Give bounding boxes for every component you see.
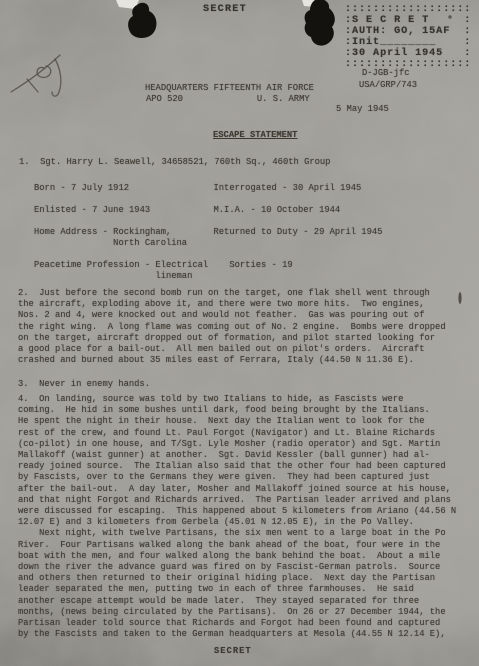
classification-stamp: :::::::::::::::::: :S E C R E T : :AUTH:… (345, 4, 471, 70)
pencil-scribble (4, 28, 84, 108)
paper-speck (458, 292, 461, 304)
file-reference: USA/GRP/743 (359, 80, 417, 91)
classification-footer: SECRET (214, 646, 252, 657)
paragraph-4: 4. On landing, source was told by two It… (18, 394, 456, 640)
paragraph-3: 3. Never in enemy hands. (18, 379, 150, 390)
torn-paper-notch-left (116, 0, 139, 9)
paragraph-2: 2. Just before the second bomb run on th… (18, 288, 446, 366)
document-title: ESCAPE STATEMENT (213, 130, 297, 141)
document-date: 5 May 1945 (336, 104, 389, 115)
torn-paper-notch-right (302, 0, 319, 7)
hq-title: HEADQUARTERS FIFTEENTH AIR FORCE (145, 83, 314, 94)
ink-blot-left (128, 3, 156, 38)
classification-header: SECRET (203, 4, 247, 15)
ink-blot-right (305, 0, 335, 46)
scanned-document-page: SECRET :::::::::::::::::: :S E C R E T :… (0, 0, 479, 666)
subject-line: 1. Sgt. Harry L. Seawell, 34658521, 760t… (19, 157, 330, 168)
office-symbol: D-JGB-jfc (362, 68, 410, 79)
service-info-block: Born - 7 July 1912 Interrogated - 30 Apr… (34, 183, 382, 282)
hq-address-line: APO 520 U. S. ARMY (146, 94, 310, 105)
